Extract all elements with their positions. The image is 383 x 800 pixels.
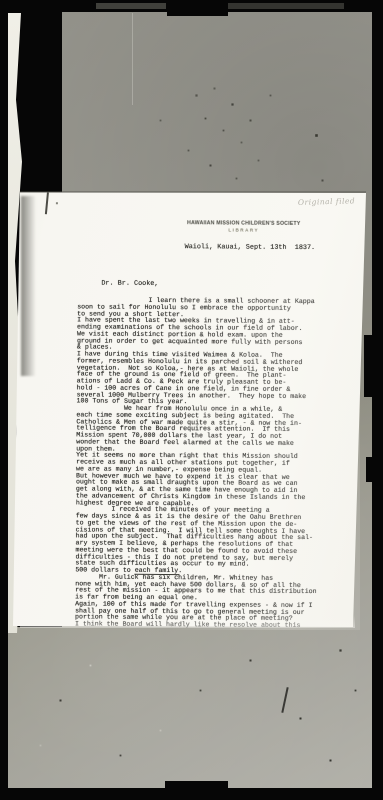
library-stamp: HAWAIIAN MISSION CHILDREN'S SOCIETY LIBR… (185, 220, 303, 233)
letter-dateline: Waioli, Kauai, Sept. 13th 1837. (185, 243, 316, 252)
stamp-society-name: HAWAIIAN MISSION CHILDREN'S SOCIETY (185, 220, 303, 227)
microfilm-scan: Original filed HAWAIIAN MISSION CHILDREN… (0, 0, 383, 800)
pen-dot-mark (56, 202, 58, 204)
letter-body: I learn there is a small schooner at Kap… (75, 297, 319, 629)
pen-tally-mark (45, 192, 49, 214)
typed-content: Original filed HAWAIIAN MISSION CHILDREN… (0, 0, 383, 800)
stamp-library-label: LIBRARY (185, 227, 303, 233)
letter-salutation: Dr. Br. Cooke, (101, 280, 158, 288)
pencil-annotation: Original filed (298, 196, 355, 207)
page-bottom-fade (20, 615, 355, 628)
